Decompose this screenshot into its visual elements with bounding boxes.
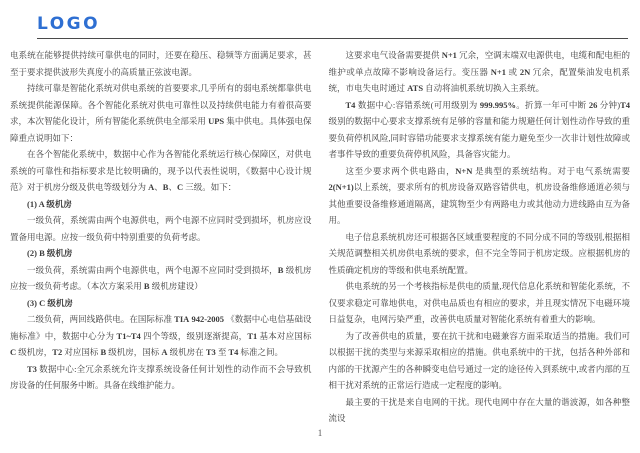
right-column: 这要求电气设备需要提供 N+1 冗余，空调末端双电源供电，电缆和配电柜的维护或单… xyxy=(329,47,631,427)
paragraph: 电系统在能够提供持续可靠供电的同时，还要在稳压、稳频等方面满足要求，甚至于要求提… xyxy=(10,47,312,80)
latin-run: C xyxy=(39,298,45,308)
latin-run: 2) xyxy=(30,248,37,258)
latin-run: T1~T4 xyxy=(117,331,141,341)
latin-run: A xyxy=(161,347,167,357)
latin-run: T1 xyxy=(247,331,257,341)
paragraph: 为了改善供电的质量，要在抗干扰和电磁兼容方面采取适当的措施。我们可以根据干扰的类… xyxy=(329,328,631,394)
latin-run: 2N xyxy=(520,67,530,77)
section-heading: (2) B 级机房 xyxy=(10,245,312,262)
latin-run: T4 xyxy=(346,100,356,110)
latin-run: ATS xyxy=(407,83,423,93)
latin-run: B xyxy=(100,347,106,357)
latin-run: N+N xyxy=(455,166,472,176)
paragraph: 这至少要求两个供电路由，N+N 是典型的系统结构。对于电气系统需要 2(N+1)… xyxy=(329,163,631,229)
latin-run: T4 xyxy=(229,347,239,357)
section-heading: (1) A 级机房 xyxy=(10,196,312,213)
latin-run: N+1 xyxy=(442,50,457,60)
latin-run: T3 xyxy=(27,364,37,374)
latin-run: A xyxy=(148,182,154,192)
latin-run: C xyxy=(177,182,183,192)
paragraph: 供电系统的另一个考核指标是供电的质量,现代信息化系统和智能化系统，不仅要求稳定可… xyxy=(329,278,631,328)
latin-run: 1) xyxy=(30,199,37,209)
paragraph: 电子信息系统机房还可根据各区域重要程度的不同分成不同的等级别,根据相关规范调整相… xyxy=(329,229,631,279)
latin-run: 999.995% xyxy=(480,100,516,110)
page-header: LOGO xyxy=(0,0,640,39)
document-body: 电系统在能够提供持续可靠供电的同时，还要在稳压、稳频等方面满足要求，甚至于要求提… xyxy=(0,39,640,427)
latin-run: T2 xyxy=(52,347,62,357)
latin-run: C xyxy=(10,347,16,357)
page-footer: 1 xyxy=(0,428,640,438)
latin-run: 942-2005 xyxy=(191,314,224,324)
document-page: LOGO 电系统在能够提供持续可靠供电的同时，还要在稳压、稳频等方面满足要求，甚… xyxy=(0,0,640,453)
left-column: 电系统在能够提供持续可靠供电的同时，还要在稳压、稳频等方面满足要求，甚至于要求提… xyxy=(10,47,312,427)
paragraph: 这要求电气设备需要提供 N+1 冗余，空调末端双电源供电，电缆和配电柜的维护或单… xyxy=(329,47,631,97)
latin-run: UPS xyxy=(208,116,224,126)
latin-run: B xyxy=(39,248,45,258)
latin-run: B xyxy=(144,281,150,291)
latin-run: T4 xyxy=(620,100,630,110)
latin-run: N+1 xyxy=(491,67,506,77)
logo: LOGO xyxy=(37,15,100,33)
latin-run: B xyxy=(163,182,169,192)
latin-run: TIA xyxy=(174,314,189,324)
latin-run: A xyxy=(39,199,45,209)
paragraph: 一级负荷，系统需由两个电源供电，两个电源不应同时受到损坏，B 级机房应按一级负荷… xyxy=(10,262,312,295)
latin-run: 3) xyxy=(30,298,37,308)
paragraph: 在各个智能化系统中，数据中心作为各智能化系统运行核心保障区，对供电系统的可靠性和… xyxy=(10,146,312,196)
latin-run: 26 xyxy=(589,100,598,110)
paragraph: T4 数据中心:容错系统(可用级别为 999.995%。折算一年可中断 26 分… xyxy=(329,97,631,163)
paragraph: 二级负荷，两回线路供电。在国际标准 TIA 942-2005 《数据中心电信基础… xyxy=(10,311,312,361)
latin-run: T3 xyxy=(206,347,216,357)
latin-run: 2(N+1) xyxy=(329,182,354,192)
paragraph: T3 数据中心:全冗余系统允许支撑系统设备任何计划性的动作而不会导致机房设备的任… xyxy=(10,361,312,394)
latin-run: B xyxy=(278,265,284,275)
paragraph: 最主要的干扰是来自电网的干扰。现代电网中存在大量的谐波源，如各种整流设 xyxy=(329,394,631,427)
paragraph: 一级负荷，系统需由两个电源供电，两个电源不应同时受到损坏，机房应设置备用电源。应… xyxy=(10,212,312,245)
page-number: 1 xyxy=(318,428,323,438)
paragraph: 持续可靠是智能化系统对供电系统的首要要求,几乎所有的弱电系统都靠供电系统提供能源… xyxy=(10,80,312,146)
section-heading: (3) C 级机房 xyxy=(10,295,312,312)
